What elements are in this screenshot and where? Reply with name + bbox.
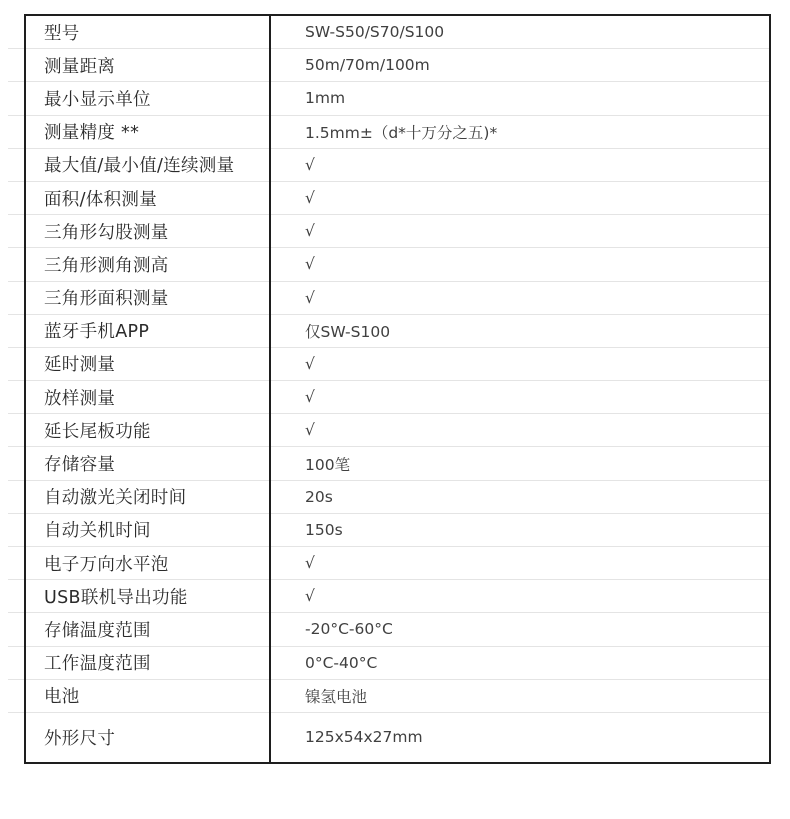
table-row: 三角形面积测量 √ <box>26 282 769 315</box>
table-row: 延时测量 √ <box>26 348 769 381</box>
table-row: 电池 镍氢电池 <box>26 680 769 713</box>
spec-value: √ <box>269 248 769 280</box>
spec-label: 最小显示单位 <box>26 82 269 114</box>
spec-value: √ <box>269 381 769 413</box>
spec-label: 延时测量 <box>26 348 269 380</box>
spec-label: 工作温度范围 <box>26 647 269 679</box>
spec-label: 自动关机时间 <box>26 514 269 546</box>
table-row: 最大值/最小值/连续测量 √ <box>26 149 769 182</box>
spec-label: 测量距离 <box>26 49 269 81</box>
spec-label: 电子万向水平泡 <box>26 547 269 579</box>
spec-value: √ <box>269 282 769 314</box>
column-divider <box>269 16 271 762</box>
spec-label: 存储温度范围 <box>26 613 269 645</box>
product-spec-table: 型号 SW-S50/S70/S100 测量距离 50m/70m/100m 最小显… <box>24 14 771 764</box>
spec-value: √ <box>269 547 769 579</box>
table-row: 延长尾板功能 √ <box>26 414 769 447</box>
spec-label: 外形尺寸 <box>26 713 269 762</box>
spec-label: 蓝牙手机APP <box>26 315 269 347</box>
table-row: 型号 SW-S50/S70/S100 <box>26 16 769 49</box>
spec-value: 1.5mm±（d*十万分之五)* <box>269 116 769 148</box>
spec-value: √ <box>269 182 769 214</box>
spec-value: √ <box>269 580 769 612</box>
spec-value: -20°C-60°C <box>269 613 769 645</box>
spec-label: 三角形测角测高 <box>26 248 269 280</box>
spec-label: 面积/体积测量 <box>26 182 269 214</box>
table-row: 放样测量 √ <box>26 381 769 414</box>
table-row: USB联机导出功能 √ <box>26 580 769 613</box>
spec-label: 延长尾板功能 <box>26 414 269 446</box>
spec-value: 镍氢电池 <box>269 680 769 712</box>
spec-value: √ <box>269 414 769 446</box>
spec-value: √ <box>269 348 769 380</box>
table-row: 面积/体积测量 √ <box>26 182 769 215</box>
spec-value: √ <box>269 215 769 247</box>
spec-label: 自动激光关闭时间 <box>26 481 269 513</box>
table-row: 蓝牙手机APP 仅SW-S100 <box>26 315 769 348</box>
table-row: 自动激光关闭时间 20s <box>26 481 769 514</box>
spec-value: 1mm <box>269 82 769 114</box>
table-row: 存储容量 100笔 <box>26 447 769 480</box>
spec-label: 最大值/最小值/连续测量 <box>26 149 269 181</box>
spec-label: 三角形勾股测量 <box>26 215 269 247</box>
spec-value: √ <box>269 149 769 181</box>
spec-value: 20s <box>269 481 769 513</box>
table-row: 测量距离 50m/70m/100m <box>26 49 769 82</box>
table-row: 三角形测角测高 √ <box>26 248 769 281</box>
spec-value: 150s <box>269 514 769 546</box>
spec-label: USB联机导出功能 <box>26 580 269 612</box>
table-row: 存储温度范围 -20°C-60°C <box>26 613 769 646</box>
spec-value: 0°C-40°C <box>269 647 769 679</box>
table-row: 工作温度范围 0°C-40°C <box>26 647 769 680</box>
spec-label: 测量精度 ** <box>26 116 269 148</box>
spec-label: 型号 <box>26 16 269 48</box>
spec-value: 100笔 <box>269 447 769 479</box>
spec-value: 125x54x27mm <box>269 713 769 762</box>
spec-label: 电池 <box>26 680 269 712</box>
table-row: 自动关机时间 150s <box>26 514 769 547</box>
table-row: 测量精度 ** 1.5mm±（d*十万分之五)* <box>26 116 769 149</box>
spec-value: 仅SW-S100 <box>269 315 769 347</box>
table-row: 电子万向水平泡 √ <box>26 547 769 580</box>
spec-value: SW-S50/S70/S100 <box>269 16 769 48</box>
spec-label: 三角形面积测量 <box>26 282 269 314</box>
spec-label: 存储容量 <box>26 447 269 479</box>
page: 型号 SW-S50/S70/S100 测量距离 50m/70m/100m 最小显… <box>0 0 790 819</box>
spec-label: 放样测量 <box>26 381 269 413</box>
table-row: 三角形勾股测量 √ <box>26 215 769 248</box>
spec-value: 50m/70m/100m <box>269 49 769 81</box>
table-row: 最小显示单位 1mm <box>26 82 769 115</box>
table-row: 外形尺寸 125x54x27mm <box>26 713 769 762</box>
spec-rows: 型号 SW-S50/S70/S100 测量距离 50m/70m/100m 最小显… <box>26 16 769 762</box>
